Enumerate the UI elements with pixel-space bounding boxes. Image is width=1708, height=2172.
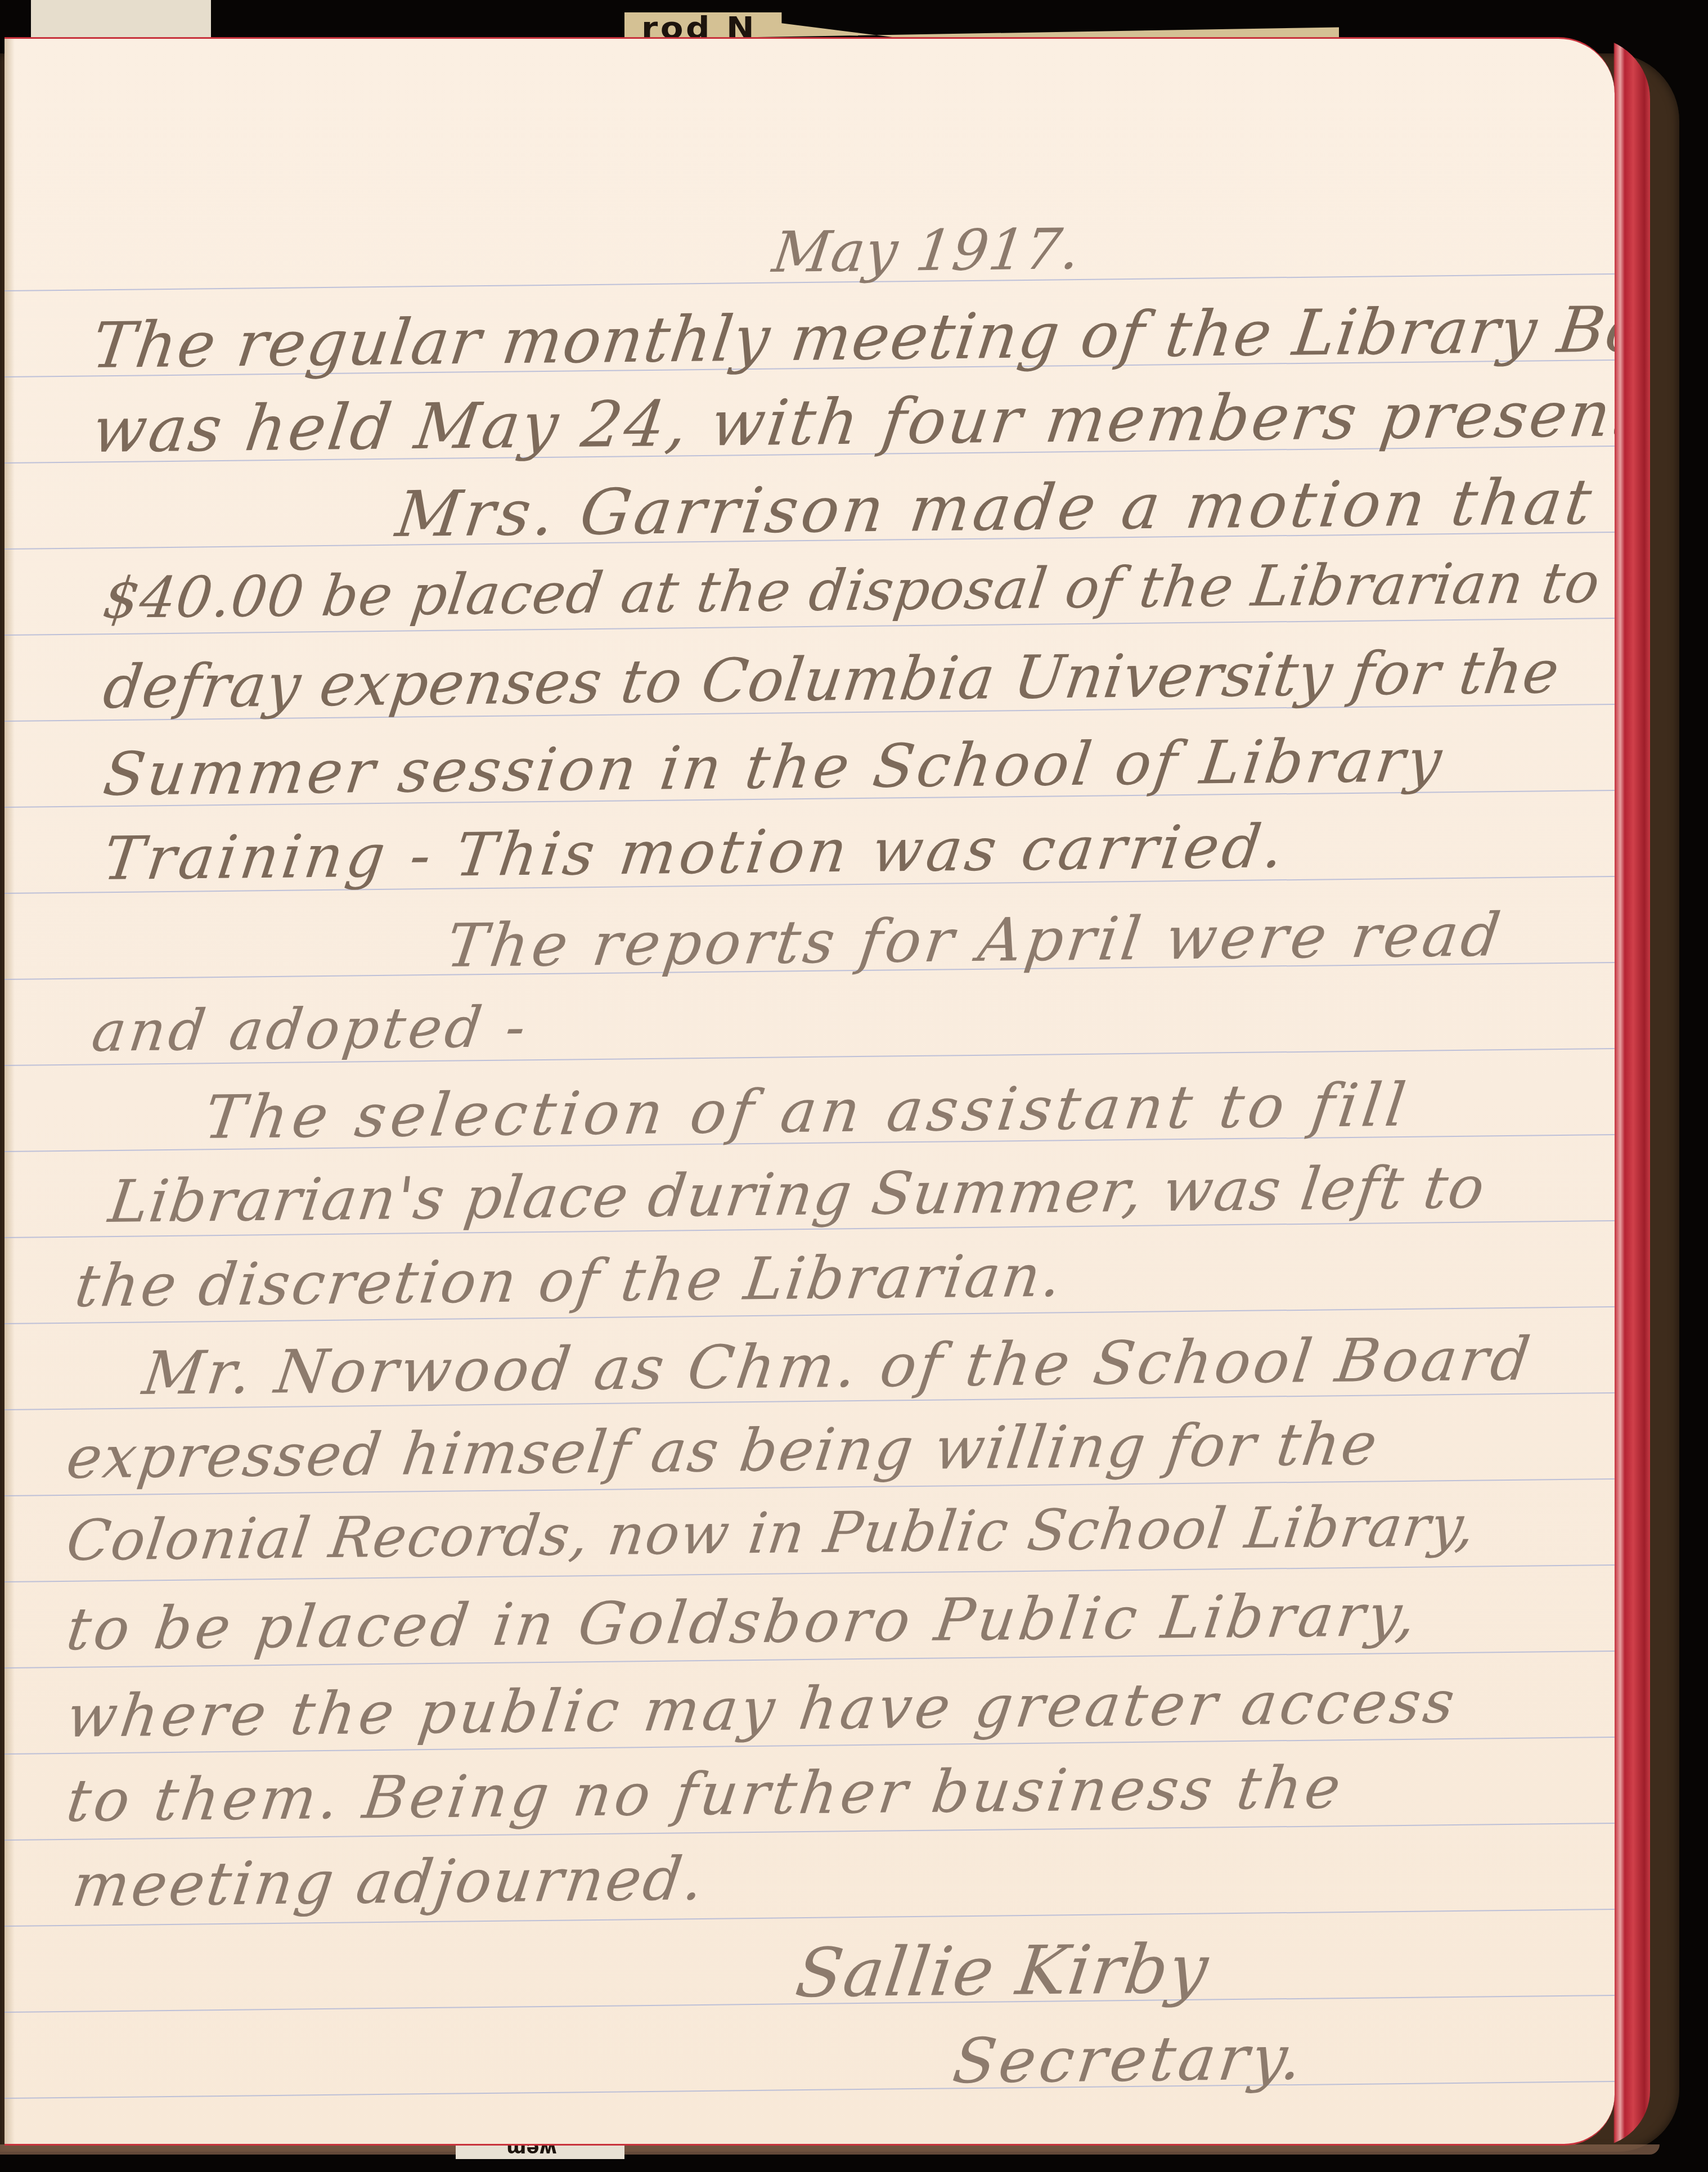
binding-shadow xyxy=(5,39,15,2144)
minutes-line-8: The reports for April were read xyxy=(443,905,1507,976)
paper-tab-top-left xyxy=(31,0,211,39)
minutes-line-3: Mrs. Garrison made a motion that xyxy=(393,471,1598,546)
page-heading-date: May 1917. xyxy=(770,221,1084,281)
minutes-line-4: $40.00 be placed at the disposal of the … xyxy=(100,555,1603,627)
ruled-line xyxy=(5,2081,1615,2099)
minutes-line-15: Colonial Records, now in Public School L… xyxy=(64,1498,1479,1569)
minutes-line-18: to them. Being no further business the xyxy=(64,1758,1347,1830)
minutes-line-10: The selection of an assistant to fill xyxy=(201,1075,1413,1148)
signature-title: Secretary. xyxy=(950,2026,1309,2092)
minutes-line-17: where the public may have greater access xyxy=(64,1672,1461,1746)
minutes-line-9: and adopted - xyxy=(89,999,532,1060)
minutes-line-16: to be placed in Goldsboro Public Library… xyxy=(64,1586,1423,1658)
minutes-line-11: Librarian's place during Summer, was lef… xyxy=(106,1158,1489,1231)
signature-name: Sallie Kirby xyxy=(792,1936,1213,2008)
ledger-page: May 1917. The regular monthly meeting of… xyxy=(5,37,1615,2146)
minutes-line-5: defray expenses to Columbia University f… xyxy=(100,642,1563,717)
minutes-line-13: Mr. Norwood as Chm. of the School Board xyxy=(140,1329,1536,1404)
tab-top-text: rod N xyxy=(641,10,757,38)
minutes-line-19: meeting adjourned. xyxy=(69,1849,709,1915)
minutes-line-1: The regular monthly meeting of the Libra… xyxy=(89,297,1615,377)
minutes-line-2: was held May 24, with four members prese… xyxy=(89,383,1615,462)
minutes-line-7: Training - This motion was carried. xyxy=(100,817,1290,889)
minutes-line-12: the discretion of the Librarian. xyxy=(72,1246,1067,1315)
minutes-line-6: Summer session in the School of Library xyxy=(100,731,1448,804)
minutes-line-14: expressed himself as being willing for t… xyxy=(64,1414,1382,1487)
